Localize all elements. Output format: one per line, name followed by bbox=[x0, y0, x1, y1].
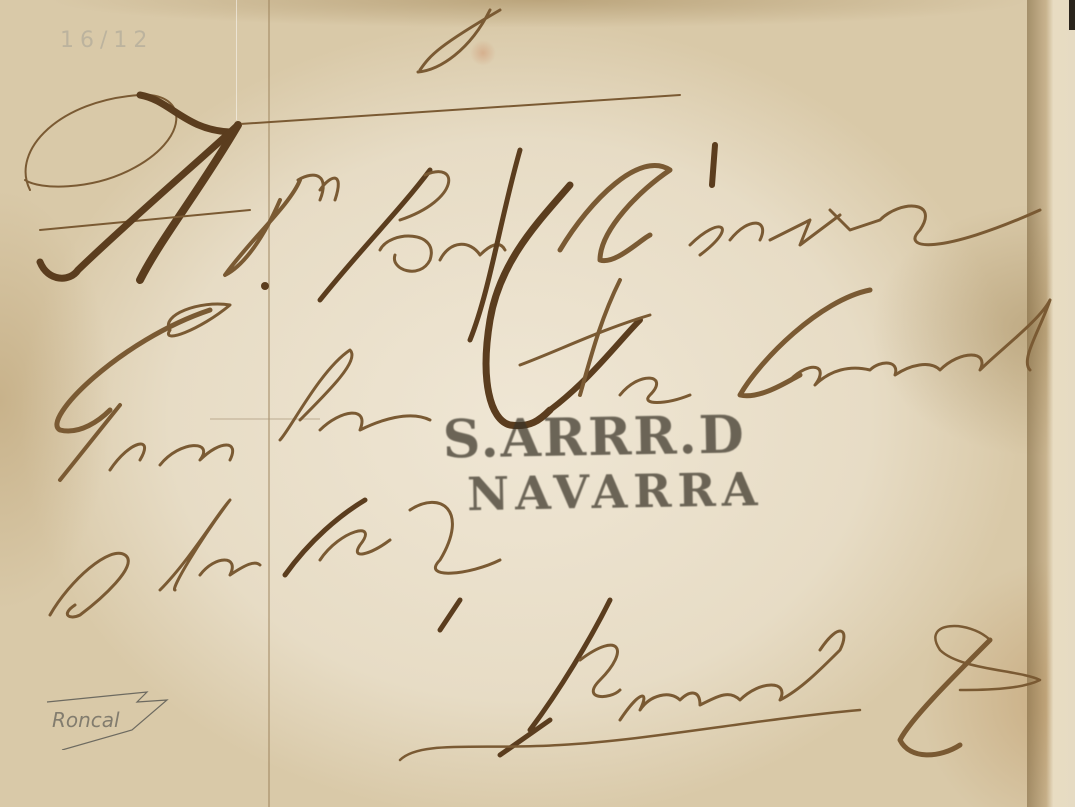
postmark-stamp: S.ARRR.D NAVARRA bbox=[414, 407, 776, 553]
postmark-line-1: S.ARRR.D bbox=[414, 407, 775, 469]
postmark-line-2: NAVARRA bbox=[415, 463, 776, 521]
letter-cover: 16/12 A Dn Pedro Vicente Gamboa Alphe Co… bbox=[0, 0, 1075, 807]
handwriting-ink bbox=[0, 0, 1075, 807]
pencil-annotation: Roncal bbox=[42, 690, 172, 750]
pencil-note-text: Roncal bbox=[52, 708, 120, 732]
